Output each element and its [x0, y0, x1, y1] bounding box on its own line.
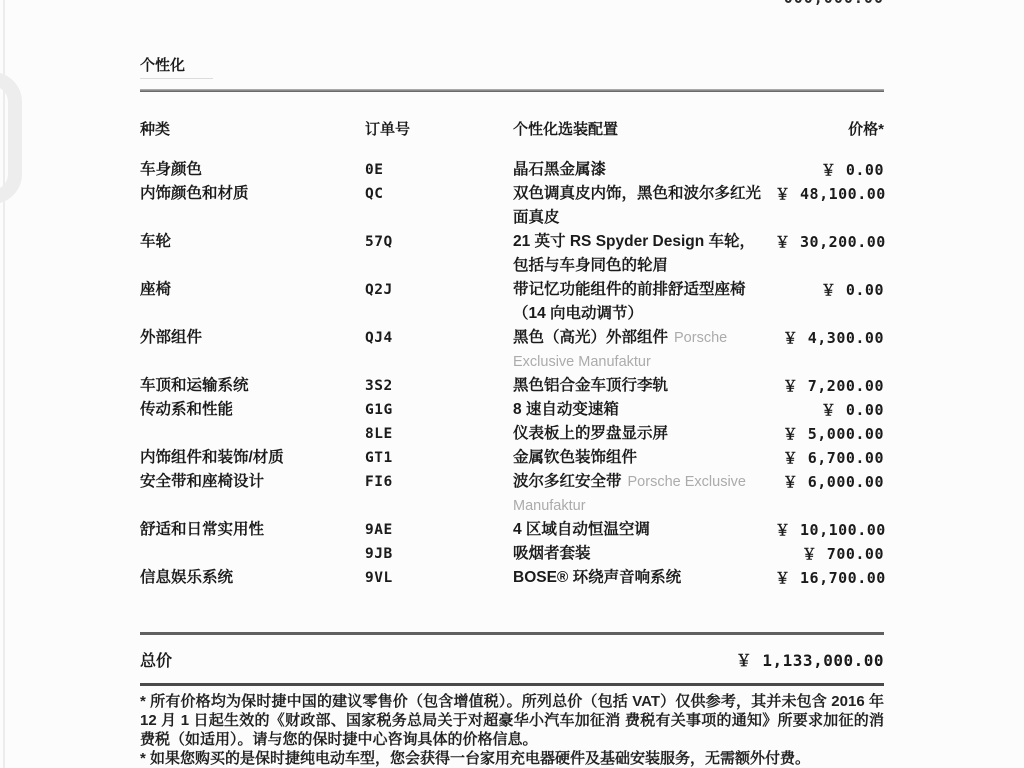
- watermark-shape: [0, 72, 22, 204]
- row-price: ￥ 0.00: [775, 278, 884, 326]
- row-price: ￥ 16,700.00: [775, 566, 886, 590]
- row-category: 外部组件: [140, 326, 365, 374]
- row-order-code: 0E: [365, 158, 513, 182]
- personalization-section: 个性化 种类 订单号 个性化选装配置 价格* 车身颜色 0E 晶石黑金属漆 ￥ …: [140, 56, 884, 768]
- row-description: 双色调真皮内饰，黑色和波尔多红光面真皮: [513, 182, 775, 230]
- row-category: 安全带和座椅设计: [140, 470, 365, 518]
- row-category: 舒适和日常实用性: [140, 518, 365, 542]
- table-row: 信息娱乐系统 9VL BOSE® 环绕声音响系统 ￥ 16,700.00: [140, 566, 884, 590]
- row-description: 金属钦色装饰组件: [513, 446, 775, 470]
- row-description: 黑色铝合金车顶行李轨: [513, 374, 775, 398]
- row-category: 传动系和性能: [140, 398, 365, 422]
- row-price: ￥ 30,200.00: [775, 230, 886, 278]
- row-category: 座椅: [140, 278, 365, 326]
- row-order-code: G1G: [365, 398, 513, 422]
- table-row: 内饰颜色和材质 QC 双色调真皮内饰，黑色和波尔多红光面真皮 ￥ 48,100.…: [140, 182, 884, 230]
- row-price: ￥ 5,000.00: [775, 422, 884, 446]
- table-row: 内饰组件和装饰/材质 GT1 金属钦色装饰组件 ￥ 6,700.00: [140, 446, 884, 470]
- document-page: 000,000.00 个性化 种类 订单号 个性化选装配置 价格* 车身颜色 0…: [0, 0, 1024, 768]
- row-order-code: 9VL: [365, 566, 513, 590]
- header-price: 价格*: [775, 118, 884, 142]
- row-description: BOSE® 环绕声音响系统: [513, 566, 775, 590]
- header-order-code: 订单号: [365, 118, 513, 142]
- row-description: 仪表板上的罗盘显示屏: [513, 422, 775, 446]
- row-order-code: 57Q: [365, 230, 513, 278]
- row-order-code: Q2J: [365, 278, 513, 326]
- row-price: ￥ 10,100.00: [775, 518, 886, 542]
- row-order-code: 9JB: [365, 542, 513, 566]
- table-row: 车顶和运输系统 3S2 黑色铝合金车顶行李轨 ￥ 7,200.00: [140, 374, 884, 398]
- header-category: 种类: [140, 118, 365, 142]
- row-description: 波尔多红安全带Porsche Exclusive Manufaktur: [513, 470, 775, 518]
- row-category: [140, 542, 365, 566]
- row-order-code: QJ4: [365, 326, 513, 374]
- footnote-prices: * 所有价格均为保时捷中国的建议零售价（包含增值税）。所列总价（包括 VAT）仅…: [140, 692, 884, 749]
- row-description: 8 速自动变速箱: [513, 398, 775, 422]
- row-price: ￥ 6,700.00: [775, 446, 884, 470]
- row-category: 车顶和运输系统: [140, 374, 365, 398]
- clipped-price-text: 000,000.00: [784, 0, 884, 7]
- row-price: ￥ 0.00: [775, 158, 884, 182]
- total-row: 总价 ￥ 1,133,000.00: [140, 635, 884, 683]
- row-order-code: GT1: [365, 446, 513, 470]
- total-label: 总价: [140, 648, 172, 671]
- table-row: 安全带和座椅设计 FI6 波尔多红安全带Porsche Exclusive Ma…: [140, 470, 884, 518]
- row-price: ￥ 4,300.00: [775, 326, 884, 374]
- clipped-price-remnant: 000,000.00: [784, 0, 884, 9]
- options-table-body: 车身颜色 0E 晶石黑金属漆 ￥ 0.00 内饰颜色和材质 QC 双色调真皮内饰…: [140, 158, 884, 590]
- total-block: 总价 ￥ 1,133,000.00: [140, 632, 884, 686]
- row-description: 4 区域自动恒温空调: [513, 518, 775, 542]
- row-category: 内饰颜色和材质: [140, 182, 365, 230]
- row-description: 晶石黑金属漆: [513, 158, 775, 182]
- row-price: ￥ 48,100.00: [775, 182, 886, 230]
- table-row: 8LE 仪表板上的罗盘显示屏 ￥ 5,000.00: [140, 422, 884, 446]
- table-row: 外部组件 QJ4 黑色（高光）外部组件Porsche Exclusive Man…: [140, 326, 884, 374]
- total-value: ￥ 1,133,000.00: [736, 648, 884, 671]
- row-order-code: 3S2: [365, 374, 513, 398]
- footnote-ev-charger: * 如果您购买的是保时捷纯电动车型，您会获得一台家用充电器硬件及基础安装服务，无…: [140, 749, 884, 768]
- row-category: 内饰组件和装饰/材质: [140, 446, 365, 470]
- table-row: 传动系和性能 G1G 8 速自动变速箱 ￥ 0.00: [140, 398, 884, 422]
- header-config: 个性化选装配置: [513, 118, 775, 142]
- row-category: 车身颜色: [140, 158, 365, 182]
- row-description: 黑色（高光）外部组件Porsche Exclusive Manufaktur: [513, 326, 775, 374]
- row-description: 带记忆功能组件的前排舒适型座椅（14 向电动调节）: [513, 278, 775, 326]
- row-category: 车轮: [140, 230, 365, 278]
- row-price: ￥ 0.00: [775, 398, 884, 422]
- row-order-code: FI6: [365, 470, 513, 518]
- table-row: 座椅 Q2J 带记忆功能组件的前排舒适型座椅（14 向电动调节） ￥ 0.00: [140, 278, 884, 326]
- row-category: [140, 422, 365, 446]
- table-row: 9JB 吸烟者套装 ￥ 700.00: [140, 542, 884, 566]
- row-order-code: 9AE: [365, 518, 513, 542]
- table-row: 车轮 57Q 21 英寸 RS Spyder Design 车轮，包括与车身同色…: [140, 230, 884, 278]
- row-order-code: 8LE: [365, 422, 513, 446]
- footnotes: * 所有价格均为保时捷中国的建议零售价（包含增值税）。所列总价（包括 VAT）仅…: [140, 692, 884, 768]
- row-price: ￥ 7,200.00: [775, 374, 884, 398]
- row-description: 21 英寸 RS Spyder Design 车轮，包括与车身同色的轮眉: [513, 230, 775, 278]
- row-price: ￥ 700.00: [775, 542, 884, 566]
- section-title: 个性化: [140, 56, 884, 79]
- table-row: 舒适和日常实用性 9AE 4 区域自动恒温空调 ￥ 10,100.00: [140, 518, 884, 542]
- row-order-code: QC: [365, 182, 513, 230]
- row-price: ￥ 6,000.00: [775, 470, 884, 518]
- row-category: 信息娱乐系统: [140, 566, 365, 590]
- section-divider: [140, 89, 884, 92]
- row-description: 吸烟者套装: [513, 542, 775, 566]
- table-header-row: 种类 订单号 个性化选装配置 价格*: [140, 118, 884, 142]
- table-row: 车身颜色 0E 晶石黑金属漆 ￥ 0.00: [140, 158, 884, 182]
